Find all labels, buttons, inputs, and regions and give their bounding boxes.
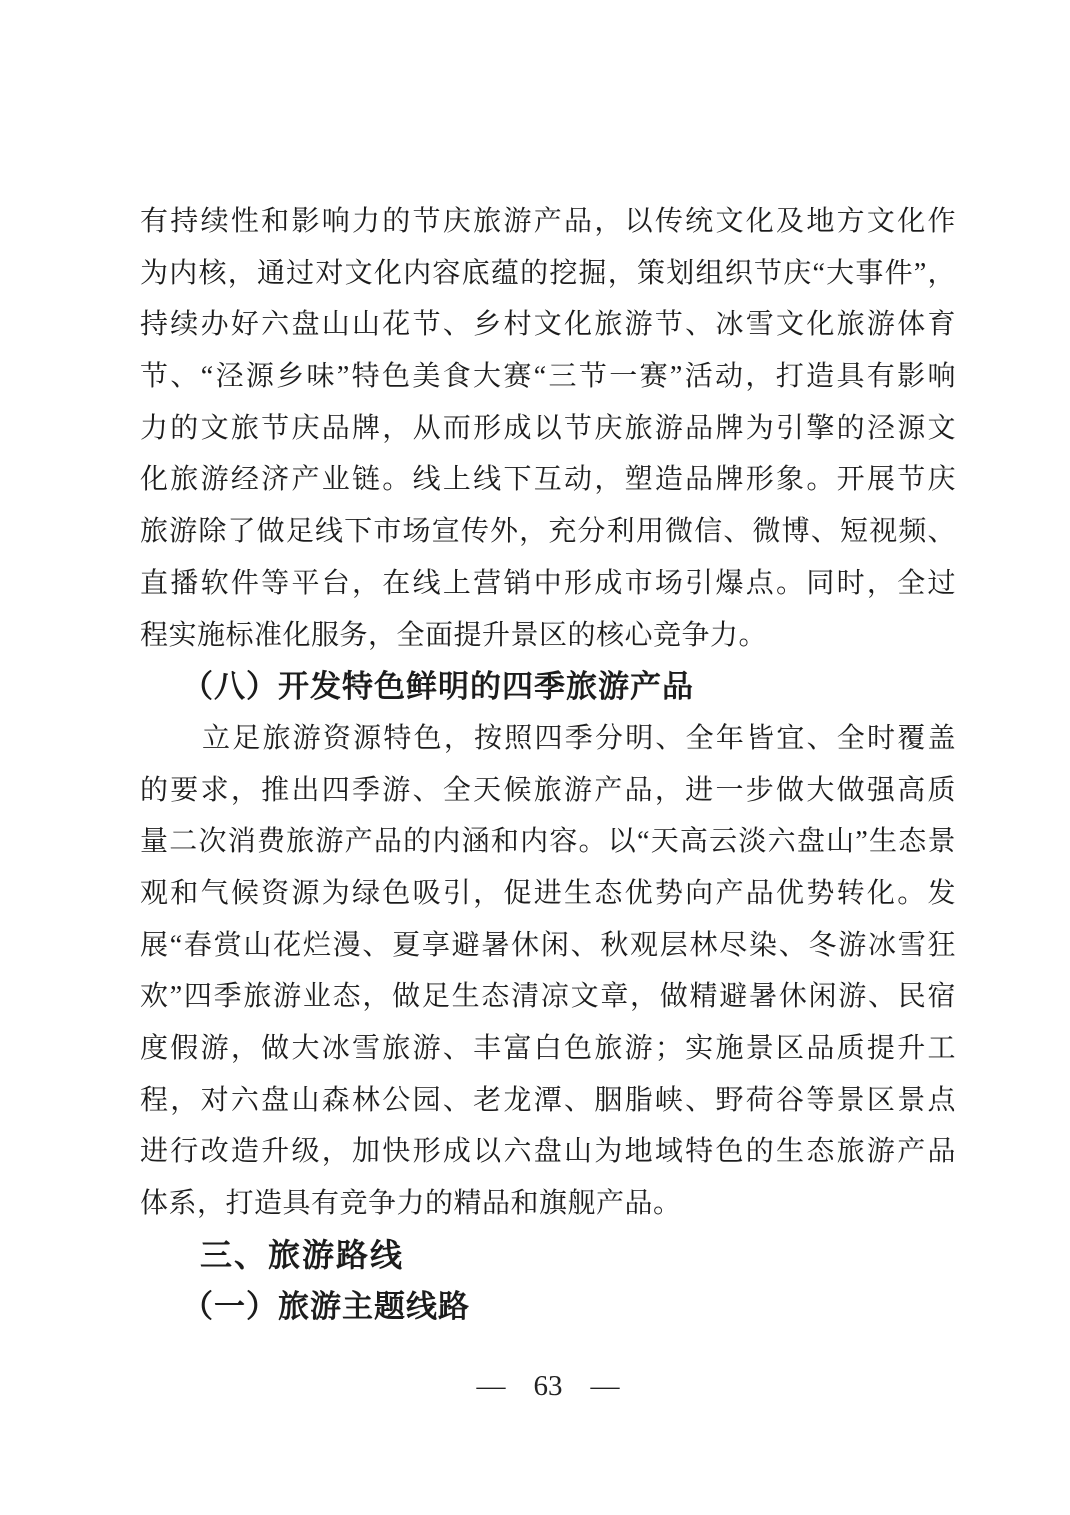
text-line: 程实施标准化服务，全面提升景区的核心竞争力。 (140, 610, 956, 662)
text-line: 程，对六盘山森林公园、老龙潭、胭脂峡、野荷谷等景区景点 (140, 1075, 956, 1127)
paragraph: 有持续性和影响力的节庆旅游产品，以传统文化及地方文化作为内核，通过对文化内容底蕴… (140, 196, 956, 661)
text-line: 直播软件等平台，在线上营销中形成市场引爆点。同时，全过 (140, 558, 956, 610)
text-line: 的要求，推出四季游、全天候旅游产品，进一步做大做强高质 (140, 765, 956, 817)
text-line: 观和气候资源为绿色吸引，促进生态优势向产品优势转化。发 (140, 868, 956, 920)
paragraph: 立足旅游资源特色，按照四季分明、全年皆宜、全时覆盖的要求，推出四季游、全天候旅游… (140, 713, 956, 1230)
text-line: 有持续性和影响力的节庆旅游产品，以传统文化及地方文化作 (140, 196, 956, 248)
text-line: 量二次消费旅游产品的内涵和内容。以“天高云淡六盘山”生态景 (140, 816, 956, 868)
text-line: 欢”四季旅游业态，做足生态清凉文章，做精避暑休闲游、民宿 (140, 971, 956, 1023)
text-line: 节、“泾源乡味”特色美食大赛“三节一赛”活动，打造具有影响 (140, 351, 956, 403)
sub-heading: （一）旅游主题线路 (140, 1281, 956, 1333)
footer-dash-left: — (477, 1370, 506, 1402)
document-page: 有持续性和影响力的节庆旅游产品，以传统文化及地方文化作为内核，通过对文化内容底蕴… (0, 0, 1070, 1515)
sub-heading: （八）开发特色鲜明的四季旅游产品 (140, 661, 956, 713)
text-line: 立足旅游资源特色，按照四季分明、全年皆宜、全时覆盖 (140, 713, 956, 765)
text-line: 体系，打造具有竞争力的精品和旗舰产品。 (140, 1178, 956, 1230)
text-line: 度假游，做大冰雪旅游、丰富白色旅游；实施景区品质提升工 (140, 1023, 956, 1075)
text-line: 力的文旅节庆品牌，从而形成以节庆旅游品牌为引擎的泾源文 (140, 403, 956, 455)
document-body: 有持续性和影响力的节庆旅游产品，以传统文化及地方文化作为内核，通过对文化内容底蕴… (140, 196, 956, 1333)
text-line: 为内核，通过对文化内容底蕴的挖掘，策划组织节庆“大事件”， (140, 248, 956, 300)
page-number: 63 (534, 1370, 563, 1402)
section-heading: 三、旅游路线 (140, 1230, 956, 1282)
page-footer: —63— (140, 1368, 956, 1404)
text-line: 持续办好六盘山山花节、乡村文化旅游节、冰雪文化旅游体育 (140, 299, 956, 351)
text-line: 化旅游经济产业链。线上线下互动，塑造品牌形象。开展节庆 (140, 454, 956, 506)
text-line: 展“春赏山花烂漫、夏享避暑休闲、秋观层林尽染、冬游冰雪狂 (140, 920, 956, 972)
footer-dash-right: — (591, 1370, 620, 1402)
text-line: 旅游除了做足线下市场宣传外，充分利用微信、微博、短视频、 (140, 506, 956, 558)
text-line: 进行改造升级，加快形成以六盘山为地域特色的生态旅游产品 (140, 1126, 956, 1178)
